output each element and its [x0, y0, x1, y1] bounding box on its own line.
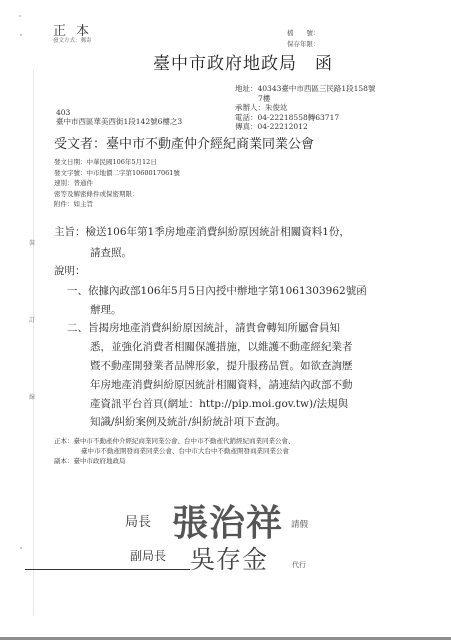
handler: 承辦人：朱俊竑: [235, 103, 375, 113]
deputy-signature: 吳存金: [190, 540, 268, 576]
distribution-list: 正本：臺中市不動產仲介經紀商業同業公會、台中市不動產代銷經紀商業同業公會、 臺中…: [54, 436, 295, 466]
explanation-item-2-line: 產資訊平台首頁(網址：http://pip.moi.gov.tw)/法規與: [90, 396, 348, 411]
explanation-item-2-line: 暨不動產開發業者品牌形象，提升服務品質。如欲查詢歷: [90, 358, 353, 373]
secrecy-level: 密等及解密條件或保密期限：: [54, 189, 180, 200]
scan-dot: [19, 15, 21, 17]
director-title: 局長: [125, 511, 151, 530]
item-number: 二、: [67, 322, 88, 334]
attachment: 附件：如主旨: [54, 199, 180, 210]
director-note: 請假: [291, 518, 308, 530]
original-recipients-cont: 臺中市不動產開發商業同業公會、台中市大台中不動產開發商業同業公會: [54, 446, 295, 456]
scan-dot: [20, 547, 22, 549]
binding-mark-ding: 訂: [29, 315, 35, 324]
issuer-address: 地址：40343臺中市西區三民路1段158號: [235, 84, 375, 94]
archive-info: 檔 號： 保存年限：: [287, 28, 320, 50]
binding-margin-line: [33, 70, 34, 615]
item-number: 一、: [67, 285, 88, 297]
send-method: 發文方式：郵寄: [53, 36, 92, 44]
issuer-address-cont: 7樓: [235, 94, 375, 104]
explanation-item-1-cont: 辦理。: [90, 302, 122, 317]
binding-mark-zhuang: 裝: [29, 238, 35, 247]
explanation-label: 說明：: [54, 263, 86, 278]
explanation-item-2: 二、旨揭房地產消費糾紛原因統計，請貴會轉知所屬會員知: [67, 320, 340, 335]
street-address: 臺中市西區華美西街1段142號6樓之3: [56, 117, 182, 126]
issuer-name: 臺中市政府地政局: [153, 54, 297, 74]
document-meta: 發文日期：中華民國106年5月12日 發文字號：中市地價二字第106001706…: [54, 157, 180, 210]
phone: 電話：04-22218558轉63717: [235, 113, 375, 123]
document-title: 臺中市政府地政局函: [153, 49, 333, 74]
recipient: 受文者：臺中市不動產仲介經紀商業同業公會: [54, 133, 314, 152]
item-line: 依據內政部106年5月5日內授中辦地字第1061303962號函: [88, 285, 367, 297]
speed-class: 速別：普通件: [54, 178, 180, 189]
explanation-item-2-line: 年房地產消費糾紛原因統計相關資料，請連結內政部不動: [90, 377, 353, 392]
explanation-item-1: 一、依據內政部106年5月5日內授中辦地字第1061303962號函: [67, 283, 367, 298]
original-recipients: 正本：臺中市不動產仲介經紀商業同業公會、台中市不動產代銷經紀商業同業公會、: [54, 436, 295, 446]
binding-mark-xian: 線: [29, 392, 35, 401]
explanation-item-2-line: 知識/糾紛案例及統計/糾紛統計項下查詢。: [90, 414, 286, 429]
item-line: 旨揭房地產消費糾紛原因統計，請貴會轉知所屬會員知: [88, 322, 340, 334]
archive-number: 檔 號：: [287, 28, 320, 39]
document-number: 發文字號：中市地價二字第1060017061號: [54, 168, 180, 179]
contact-block: 地址：40343臺中市西區三民路1段158號 7樓 承辦人：朱俊竑 電話：04-…: [235, 84, 375, 132]
deputy-title: 副局長: [130, 547, 166, 564]
signature-rule: [25, 569, 190, 570]
document-kind: 函: [315, 54, 333, 74]
recipient-address: 403 臺中市西區華美西街1段142號6樓之3: [56, 108, 182, 126]
subject-line1: 主旨：檢送106年第1季房地產消費糾紛原因統計相關資料1份，: [54, 224, 350, 239]
explanation-item-2-line: 悉，並強化消費者相關保護措施，以維護不動產經紀業者: [90, 339, 353, 354]
subject-line2: 請查照。: [90, 245, 132, 260]
issue-date: 發文日期：中華民國106年5月12日: [54, 157, 180, 168]
deputy-note: 代行: [292, 560, 306, 570]
scan-dot: [20, 34, 22, 36]
copy-recipients: 副本：臺中市政府地政局: [54, 456, 295, 466]
postal-code: 403: [56, 108, 182, 117]
fax: 傳真：04-22212012: [235, 122, 375, 132]
director-signature: 張治祥: [172, 495, 283, 546]
